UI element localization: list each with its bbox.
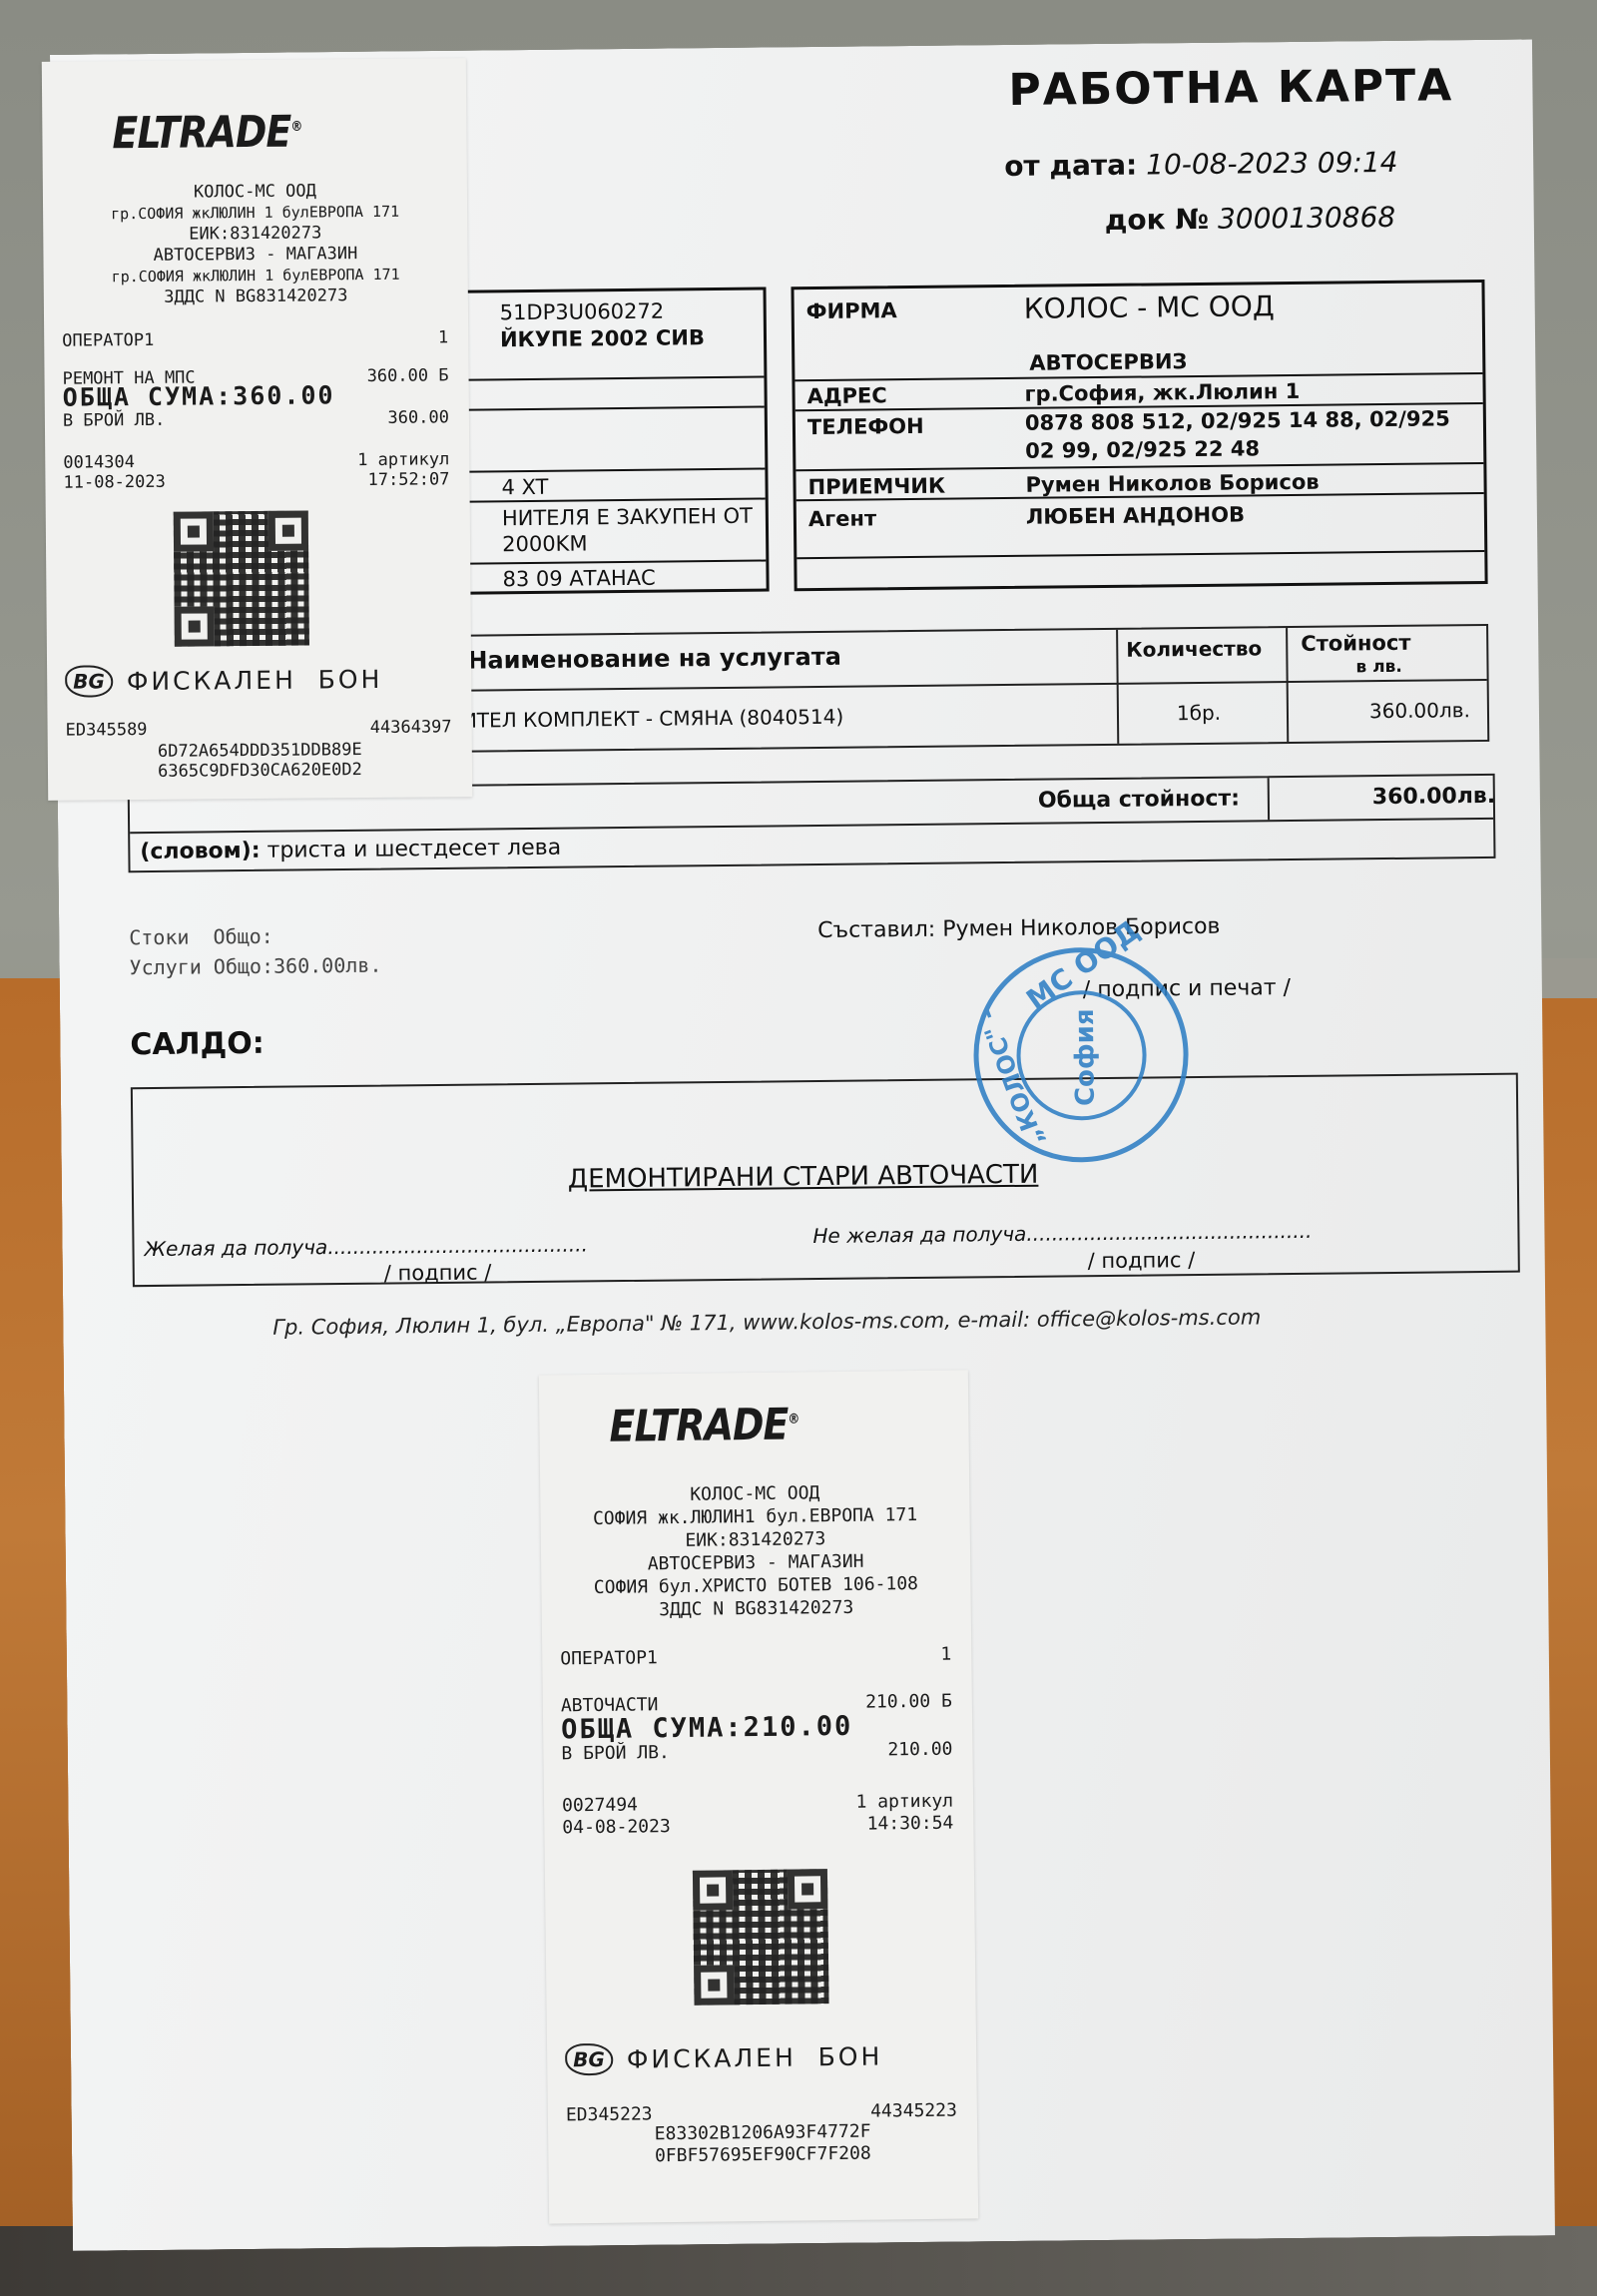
- cash-line: В БРОЙ ЛВ. 360.00: [63, 407, 449, 430]
- total-value: 360.00лв.: [1372, 784, 1496, 810]
- header-price-unit: в лв.: [1355, 657, 1402, 677]
- document-title: РАБОТНА КАРТА: [1008, 60, 1453, 116]
- operator: ОПЕРАТОР1: [62, 330, 154, 351]
- items-count: 1 артикул: [855, 1792, 953, 1813]
- receipt-time: 14:30:54: [867, 1814, 954, 1835]
- cash-value: 360.00: [387, 407, 449, 428]
- header-price: Стойност: [1301, 631, 1411, 656]
- firm-info-box: ФИРМА КОЛОС - МС ООД АВТОСЕРВИЗ АДРЕС гр…: [791, 280, 1487, 591]
- receipt-date: 04-08-2023: [562, 1817, 671, 1838]
- removed-parts-title: ДЕМОНТИРАНИ СТАРИ АВТОЧАСТИ: [568, 1160, 1039, 1195]
- fiscal-memory-number: 44345223: [870, 2101, 957, 2122]
- fiscal-memory-number: 44364397: [370, 717, 452, 738]
- datetime-line: 11-08-2023 17:52:07: [63, 469, 449, 492]
- agent-value: ЛЮБЕН АНДОНОВ: [1026, 502, 1245, 528]
- fiscal-receipt-2: ELTRADE® КОЛОС-МС ООД СОФИЯ жк.ЛЮЛИН1 бу…: [539, 1370, 978, 2223]
- date-value: 10-08-2023 09:14: [1146, 146, 1398, 182]
- fiscal-receipt-1: ELTRADE® КОЛОС-МС ООД гр.СОФИЯ жкЛЮЛИН 1…: [42, 58, 472, 801]
- document-number: док № 3000130868: [1105, 201, 1396, 237]
- service-qty: 1бр.: [1177, 701, 1221, 725]
- goods-total: Стоки Общо:: [129, 920, 381, 953]
- cash-value: 210.00: [887, 1740, 952, 1761]
- datetime-line: 04-08-2023 14:30:54: [562, 1814, 953, 1839]
- doc-number-label: док №: [1105, 203, 1210, 237]
- receipt-number: 0027494: [562, 1795, 638, 1816]
- fiscal-receipt-label: BG ФИСКАЛЕН БОН: [65, 663, 382, 698]
- phone-label: ТЕЛЕФОН: [807, 414, 924, 439]
- date-label: от дата:: [1004, 149, 1137, 183]
- doc-number-value: 3000130868: [1218, 201, 1395, 236]
- header-service-name: Наименование на услугата: [467, 643, 841, 675]
- vehicle-model: ЙКУПЕ 2002 СИВ: [500, 325, 705, 351]
- fiscal-receipt-label: BG ФИСКАЛЕН БОН: [565, 2040, 882, 2076]
- bulgaria-map-icon: BG: [65, 665, 113, 697]
- phone-value-1: 0878 808 512, 02/925 14 88, 02/925: [1025, 406, 1450, 434]
- fiscal-label-text: ФИСКАЛЕН БОН: [127, 664, 383, 695]
- bulgaria-map-icon: BG: [565, 2043, 613, 2076]
- footer-address: Гр. София, Люлин 1, бул. „Европа" № 171,…: [272, 1305, 1261, 1339]
- receipt-hash-2: 6365C9DFD30CA620E0D2: [48, 759, 472, 783]
- qr-code: [693, 1869, 829, 2006]
- firm-name: КОЛОС - МС ООД: [1024, 289, 1275, 325]
- firm-subtitle: АВТОСЕРВИЗ: [1029, 349, 1187, 375]
- receipt-hash-1: E83302B1206A93F4772F: [548, 2120, 977, 2145]
- device-line: ED345589 44364397: [66, 717, 452, 740]
- signature-label-left: / подпис /: [384, 1260, 492, 1285]
- operator-line: ОПЕРАТОР1 1: [560, 1645, 951, 1670]
- items-count: 1 артикул: [357, 449, 449, 470]
- agent-label: Агент: [808, 506, 876, 531]
- signature-label-right: / подпис /: [1088, 1248, 1196, 1273]
- receipt-date: 11-08-2023: [63, 472, 166, 493]
- cash-label: В БРОЙ ЛВ.: [63, 410, 166, 431]
- receipt-time: 17:52:07: [367, 469, 449, 490]
- device-id: ED345223: [566, 2104, 653, 2125]
- firm-label: ФИРМА: [806, 298, 897, 323]
- operator-line: ОПЕРАТОР1 1: [62, 327, 448, 350]
- operator-number: 1: [438, 327, 448, 347]
- operator: ОПЕРАТОР1: [560, 1648, 658, 1669]
- eltrade-logo: ELTRADE®: [112, 106, 301, 158]
- vehicle-vin: 51DP3U060272: [500, 299, 665, 325]
- operator-number: 1: [940, 1645, 951, 1665]
- services-total: Услуги Общо:360.00лв.: [129, 950, 381, 983]
- document-date: от дата: 10-08-2023 09:14: [1004, 146, 1398, 183]
- totals-summary: Стоки Общо: Услуги Общо:360.00лв.: [129, 920, 381, 983]
- vehicle-note-2: 2000KM: [502, 531, 588, 556]
- phone-value-2: 02 99, 02/925 22 48: [1025, 436, 1260, 462]
- removed-parts-box: ДЕМОНТИРАНИ СТАРИ АВТОЧАСТИ Желая да пол…: [131, 1073, 1520, 1288]
- cash-line: В БРОЙ ЛВ. 210.00: [561, 1740, 952, 1765]
- saldo-heading: САЛДО:: [130, 1026, 265, 1062]
- header-quantity: Количество: [1126, 636, 1262, 661]
- receipt-number: 0014304: [63, 452, 135, 473]
- eltrade-logo: ELTRADE®: [609, 1399, 799, 1451]
- words-value: триста и шестдесет лева: [260, 836, 561, 863]
- not-want-receive-field: Не желая да получа......................…: [812, 1219, 1312, 1248]
- want-receive-field: Желая да получа.........................…: [144, 1232, 588, 1261]
- service-price: 360.00лв.: [1369, 698, 1470, 723]
- receipt-hash-2: 0FBF57695EF90CF7F208: [548, 2142, 977, 2167]
- vehicle-row4: 4 XT: [501, 475, 548, 499]
- receipt-header: КОЛОС-МС ООД гр.СОФИЯ жкЛЮЛИН 1 булЕВРОП…: [43, 180, 468, 309]
- fiscal-label-text: ФИСКАЛЕН БОН: [627, 2041, 883, 2073]
- header-line: ЗДДС N BG831420273: [44, 285, 468, 309]
- amount-in-words: (словом): триста и шестдесет лева: [140, 836, 561, 864]
- compiled-by: Съставил: Румен Николов Борисов: [817, 914, 1220, 943]
- receiver-value: Румен Николов Борисов: [1025, 470, 1319, 497]
- words-label: (словом):: [140, 839, 260, 864]
- qr-code: [174, 511, 309, 647]
- address-value: гр.София, жк.Люлин 1: [1024, 379, 1300, 406]
- cash-label: В БРОЙ ЛВ.: [561, 1743, 670, 1764]
- vehicle-note-1: НИТЕЛЯ Е ЗАКУПЕН ОТ: [502, 504, 753, 531]
- device-id: ED345589: [66, 720, 148, 741]
- total-label: Обща стойност:: [1038, 787, 1240, 814]
- address-label: АДРЕС: [806, 383, 886, 408]
- receipt-header: КОЛОС-МС ООД СОФИЯ жк.ЛЮЛИН1 бул.ЕВРОПА …: [540, 1479, 971, 1622]
- vehicle-contact: 83 09 АТАНАС: [502, 566, 655, 592]
- stamp-city: София: [1070, 1008, 1101, 1106]
- receiver-label: ПРИЕМЧИК: [807, 474, 945, 499]
